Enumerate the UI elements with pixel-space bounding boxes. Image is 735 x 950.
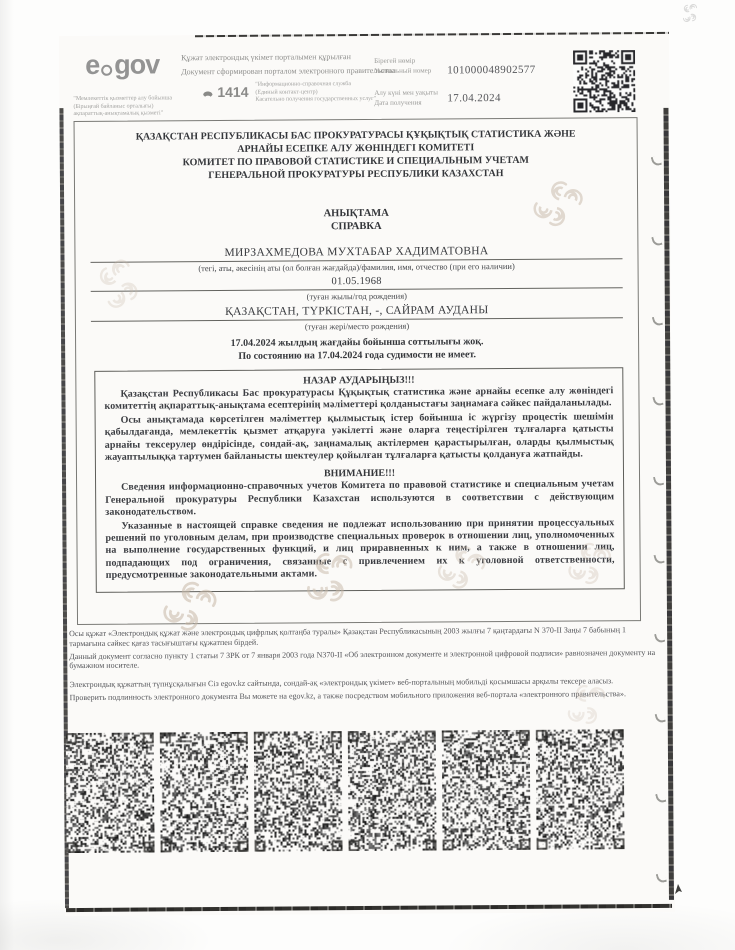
phone-icon: [201, 86, 214, 99]
unique-number-label-kk: Бірегей нөмір: [374, 56, 431, 66]
barcode-segment: [254, 731, 343, 852]
barcode-segment: [160, 732, 249, 853]
egov-logo-dot-icon: [101, 65, 112, 76]
footnote-ru-law: Данный документ согласно пункту 1 статьи…: [69, 648, 661, 672]
receive-date-label-kk: Алу күні мен уақыты: [374, 87, 438, 97]
binder-curl-mark: [652, 395, 663, 407]
binder-curl-mark: [651, 235, 662, 247]
barcode-segment: [348, 731, 437, 852]
warning-paragraph-kk: Қазақстан Республикасы Бас прокуратурасы…: [104, 385, 613, 413]
warning-paragraph-ru: Указанные в настоящей справке сведения н…: [105, 517, 614, 583]
footnote-kk-law: Осы құжат «Электрондық құжат және электр…: [69, 625, 661, 649]
unique-number-label-ru: Уникальный номер: [374, 66, 431, 76]
warning-paragraph-kk: Осы анықтамада көрсетілген мәліметтер қы…: [105, 411, 614, 464]
paper-edge-bottom: [66, 904, 672, 912]
binder-curl-mark: [656, 872, 667, 884]
contact-center-caption: "Информационно-справочная служба (Единый…: [255, 81, 393, 104]
signature-barcode-strip: [66, 729, 625, 853]
unique-number-value: 101000048902577: [447, 64, 536, 77]
egov-logo-gov: gov: [114, 49, 159, 79]
created-line-ru: Документ сформирован порталом электронно…: [181, 64, 395, 79]
barcode-segment: [442, 730, 531, 851]
contact-center-line: Касательно получения государственных усл…: [255, 96, 393, 104]
barcode-segment: [536, 729, 625, 850]
egov-logo-e: e: [85, 50, 99, 80]
scanned-document-page: { "colors": { "page_bg": "#fbfaf8", "ink…: [0, 0, 735, 950]
warning-paragraph-ru: Сведения информационно-справочных учетов…: [105, 479, 614, 520]
binder-curl-mark: [652, 315, 663, 327]
unique-number-label: Бірегей нөмір Уникальный номер: [374, 56, 431, 76]
qr-code-icon: [573, 50, 635, 112]
receive-date-value: 17.04.2024: [447, 92, 501, 104]
service-center-caption: "Мемлекеттік қызметтер алу бойынша (Біры…: [73, 95, 191, 118]
barcode-segment: [66, 732, 155, 853]
created-line-kk: Құжат электрондық үкімет порталымен құры…: [181, 50, 395, 65]
person-form: МИРЗАХМЕДОВА МУХТАБАР ХАДИМАТОВНА (тегі,…: [76, 244, 637, 333]
phone-number: 1414: [217, 84, 248, 100]
paper-edge-right: [663, 108, 674, 900]
ornament-watermark: [681, 4, 699, 22]
receive-date-label: Алу күні мен уақыты Дата получения: [374, 87, 438, 107]
receive-date-label-ru: Дата получения: [374, 97, 438, 107]
call-center-phone: 1414: [201, 84, 248, 100]
cursor-arrow-icon: [674, 884, 683, 895]
service-center-line: ақпараттық-анықтамалық қызметі": [73, 110, 191, 118]
paper-sheet: egov "Мемлекеттік қызметтер алу бойынша …: [59, 32, 675, 916]
binder-curl-mark: [653, 553, 664, 565]
egov-logo: egov: [85, 49, 159, 81]
binder-curl-mark: [655, 792, 666, 804]
binder-curl-mark: [655, 712, 666, 724]
document-created-caption: Құжат электрондық үкімет порталымен құры…: [181, 50, 395, 79]
statement-ru: По состоянию на 17.04.2024 года судимост…: [77, 347, 637, 364]
no-conviction-statement: 17.04.2024 жылдың жағдайы бойынша соттыл…: [77, 334, 637, 364]
paper-edge-top: [195, 32, 669, 37]
binder-curl-mark: [651, 155, 662, 167]
binder-curl-mark: [653, 475, 664, 487]
